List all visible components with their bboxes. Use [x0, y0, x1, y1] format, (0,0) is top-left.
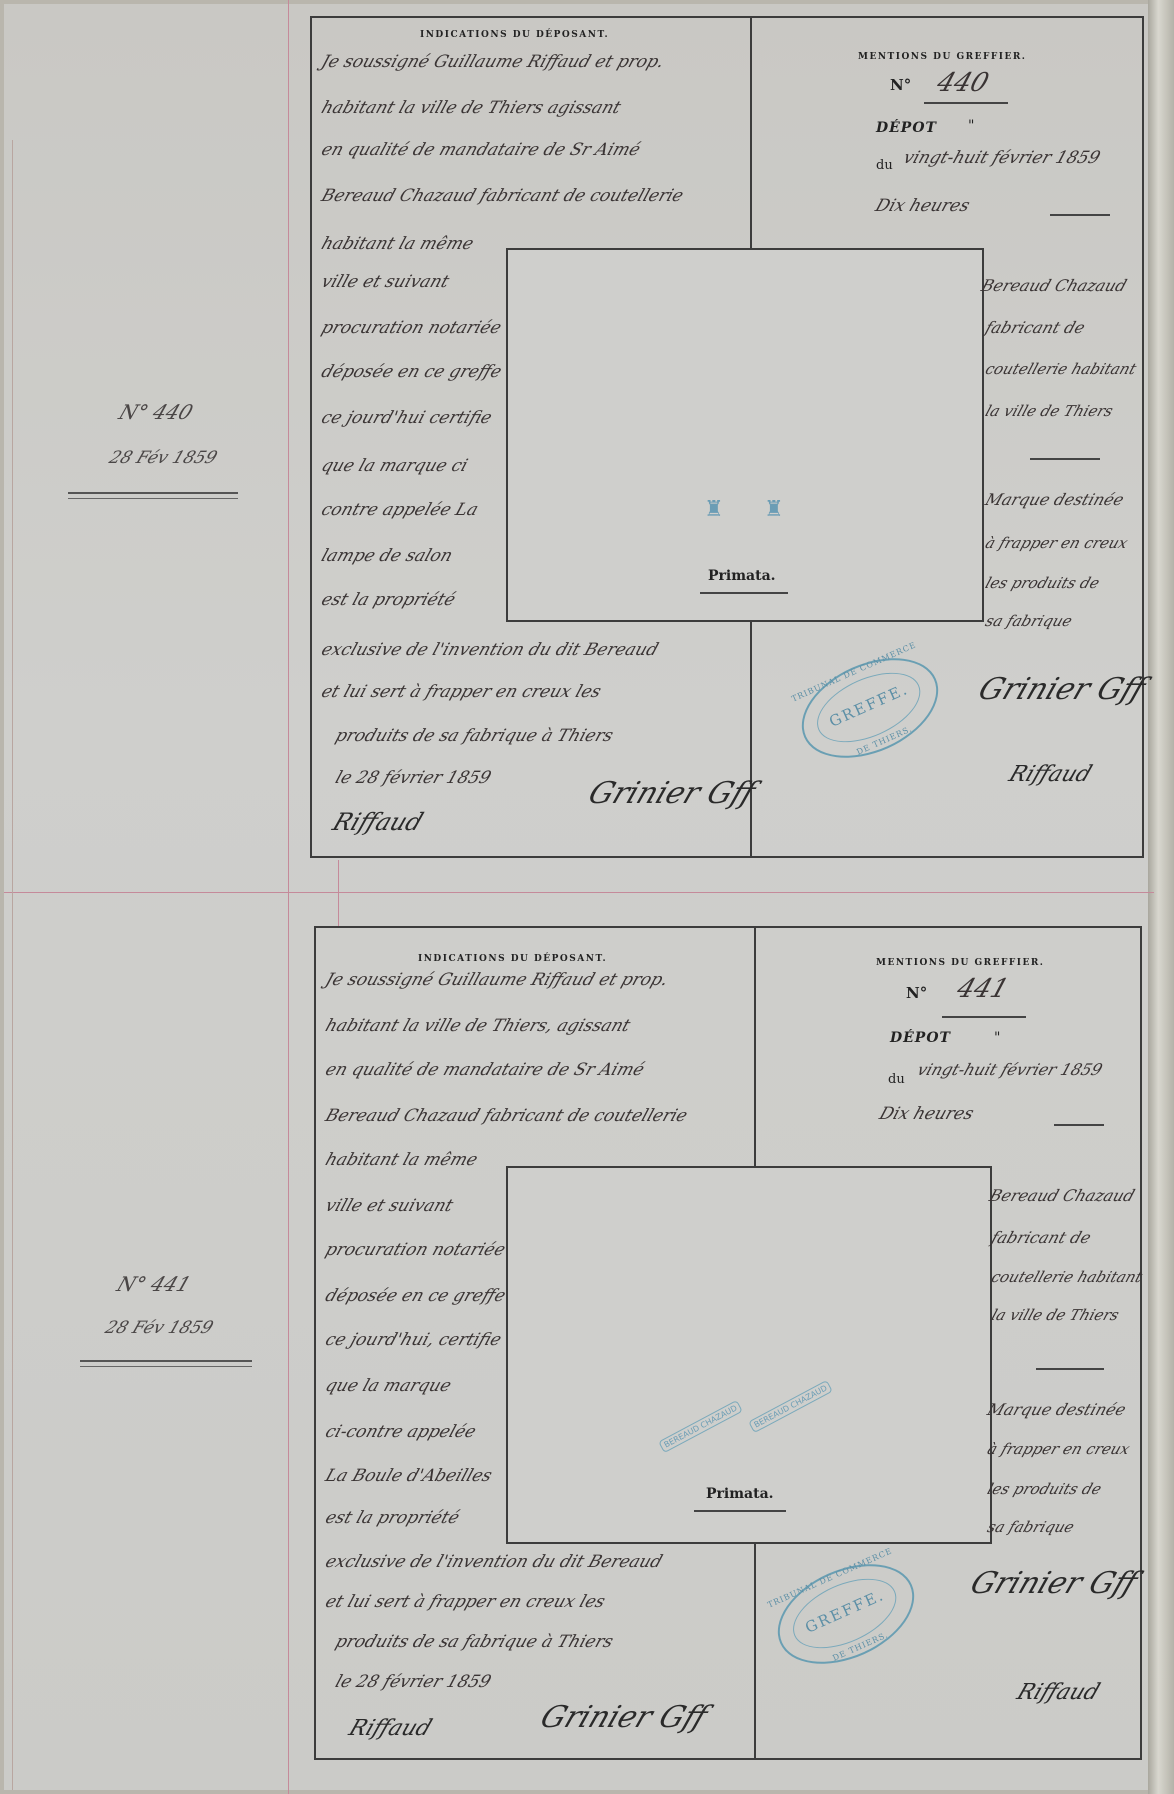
deposant-line: que la marque ci	[319, 456, 470, 476]
greffier-signature-2: Riffaud	[1013, 1680, 1103, 1705]
deposant-line: que la marque	[323, 1376, 454, 1396]
margin-double-rule	[80, 1360, 252, 1367]
deposant-line: et lui sert à frapper en creux les	[319, 682, 604, 702]
mark-figure-icon: ♜	[764, 496, 784, 522]
owner-dash	[1030, 458, 1100, 460]
page-edge	[1148, 0, 1174, 1794]
deposant-line: habitant la ville de Thiers, agissant	[323, 1016, 633, 1036]
usage-line: sa fabrique	[985, 1518, 1076, 1536]
margin-rule-vertical	[288, 0, 289, 1794]
mark-box	[506, 248, 984, 622]
number-underline	[942, 1016, 1026, 1018]
deposant-line: le 28 février 1859	[333, 768, 494, 788]
usage-line: les produits de	[983, 574, 1102, 592]
deposant-line: procuration notariée	[319, 318, 504, 338]
deposant-line: est la propriété	[319, 590, 458, 610]
signature-greffier: Grinier Gff	[536, 1700, 712, 1735]
mark-figure-icon: ♜	[704, 496, 724, 522]
left-edge-rule	[12, 140, 13, 1790]
depot-mark: "	[968, 118, 974, 134]
greffier-header: Mentions du greffier.	[858, 52, 1026, 62]
deposant-line: ville et suivant	[319, 272, 452, 292]
deposant-line: en qualité de mandataire de Sr Aimé	[323, 1060, 647, 1080]
deposant-line: produits de sa fabrique à Thiers	[333, 1632, 616, 1652]
owner-line: coutellerie habitant	[989, 1268, 1145, 1286]
owner-line: la ville de Thiers	[983, 402, 1115, 420]
usage-line: Marque destinée	[983, 490, 1127, 509]
usage-line: Marque destinée	[985, 1400, 1129, 1419]
hour-dash	[1054, 1124, 1104, 1126]
deposant-line: ville et suivant	[323, 1196, 456, 1216]
entry-number: 440	[933, 68, 992, 98]
deposit-hour: Dix heures	[873, 196, 972, 216]
owner-line: Bereaud Chazaud	[987, 1186, 1137, 1205]
margin-double-rule	[68, 492, 238, 499]
deposant-line: Bereaud Chazaud fabricant de coutellerie	[319, 186, 686, 206]
date-prefix: du	[888, 1072, 905, 1087]
deposit-hour: Dix heures	[877, 1104, 976, 1124]
deposant-line: La Boule d'Abeilles	[323, 1466, 495, 1486]
owner-line: la ville de Thiers	[989, 1306, 1121, 1324]
deposant-line: déposée en ce greffe	[319, 362, 504, 382]
deposant-line: le 28 février 1859	[333, 1672, 494, 1692]
deposant-line: en qualité de mandataire de Sr Aimé	[319, 140, 643, 160]
mark-caption-underline	[694, 1510, 786, 1512]
mark-caption-underline	[700, 592, 788, 594]
number-label: N°	[906, 984, 927, 1002]
greffier-header: Mentions du greffier.	[876, 958, 1044, 968]
deposant-line: Je soussigné Guillaume Riffaud et prop.	[319, 52, 667, 72]
date-prefix: du	[876, 158, 893, 173]
usage-line: à frapper en creux	[985, 1440, 1132, 1458]
deposant-line: procuration notariée	[323, 1240, 508, 1260]
deposant-line: déposée en ce greffe	[323, 1286, 508, 1306]
deposant-line: habitant la même	[323, 1150, 480, 1170]
depot-label: DÉPOT	[876, 120, 937, 136]
owner-line: fabricant de	[989, 1228, 1094, 1247]
deposant-header: Indications du déposant.	[420, 30, 609, 40]
depot-label: DÉPOT	[890, 1030, 951, 1046]
deposant-line: lampe de salon	[319, 546, 455, 566]
deposant-line: ce jourd'hui, certifie	[323, 1330, 504, 1350]
margin-rule-vertical-2	[338, 860, 339, 928]
deposant-line: est la propriété	[323, 1508, 462, 1528]
deposant-header: Indications du déposant.	[418, 954, 607, 964]
deposant-line: exclusive de l'invention du dit Bereaud	[319, 640, 661, 660]
greffier-signature: Grinier Gff	[974, 672, 1150, 707]
deposit-date: vingt-huit février 1859	[915, 1060, 1105, 1079]
deposant-line: ce jourd'hui certifie	[319, 408, 495, 428]
owner-line: coutellerie habitant	[983, 360, 1139, 378]
usage-line: les produits de	[985, 1480, 1104, 1498]
number-underline	[924, 102, 1008, 104]
margin-number: N° 440	[116, 400, 197, 424]
mark-caption: Primata.	[706, 1486, 774, 1502]
greffier-signature: Grinier Gff	[966, 1566, 1142, 1601]
deposant-line: produits de sa fabrique à Thiers	[333, 726, 616, 746]
deposant-line: ci-contre appelée	[323, 1422, 479, 1442]
owner-line: Bereaud Chazaud	[979, 276, 1129, 295]
deposant-line: et lui sert à frapper en creux les	[323, 1592, 608, 1612]
signature-riffaud: Riffaud	[329, 808, 427, 836]
deposant-line: habitant la même	[319, 234, 476, 254]
entry-separator-rule	[4, 892, 1154, 893]
signature-riffaud: Riffaud	[345, 1716, 435, 1741]
entry-number: 441	[953, 974, 1012, 1004]
margin-date: 28 Fév 1859	[106, 448, 220, 468]
deposant-line: Bereaud Chazaud fabricant de coutellerie	[323, 1106, 690, 1126]
hour-dash	[1050, 214, 1110, 216]
depot-mark: "	[994, 1030, 1000, 1046]
deposant-line: habitant la ville de Thiers agissant	[319, 98, 624, 118]
deposit-date: vingt-huit février 1859	[901, 148, 1103, 168]
greffier-signature-2: Riffaud	[1005, 762, 1095, 787]
usage-line: à frapper en creux	[983, 534, 1130, 552]
deposant-line: contre appelée La	[319, 500, 481, 520]
usage-line: sa fabrique	[983, 612, 1074, 630]
owner-dash	[1036, 1368, 1104, 1370]
owner-line: fabricant de	[983, 318, 1088, 337]
deposant-line: Je soussigné Guillaume Riffaud et prop.	[323, 970, 671, 990]
signature-greffier: Grinier Gff	[584, 776, 760, 811]
margin-date: 28 Fév 1859	[102, 1318, 216, 1338]
margin-number: N° 441	[114, 1272, 195, 1296]
deposant-line: exclusive de l'invention du dit Bereaud	[323, 1552, 665, 1572]
mark-caption: Primata.	[708, 568, 776, 584]
number-label: N°	[890, 76, 911, 94]
